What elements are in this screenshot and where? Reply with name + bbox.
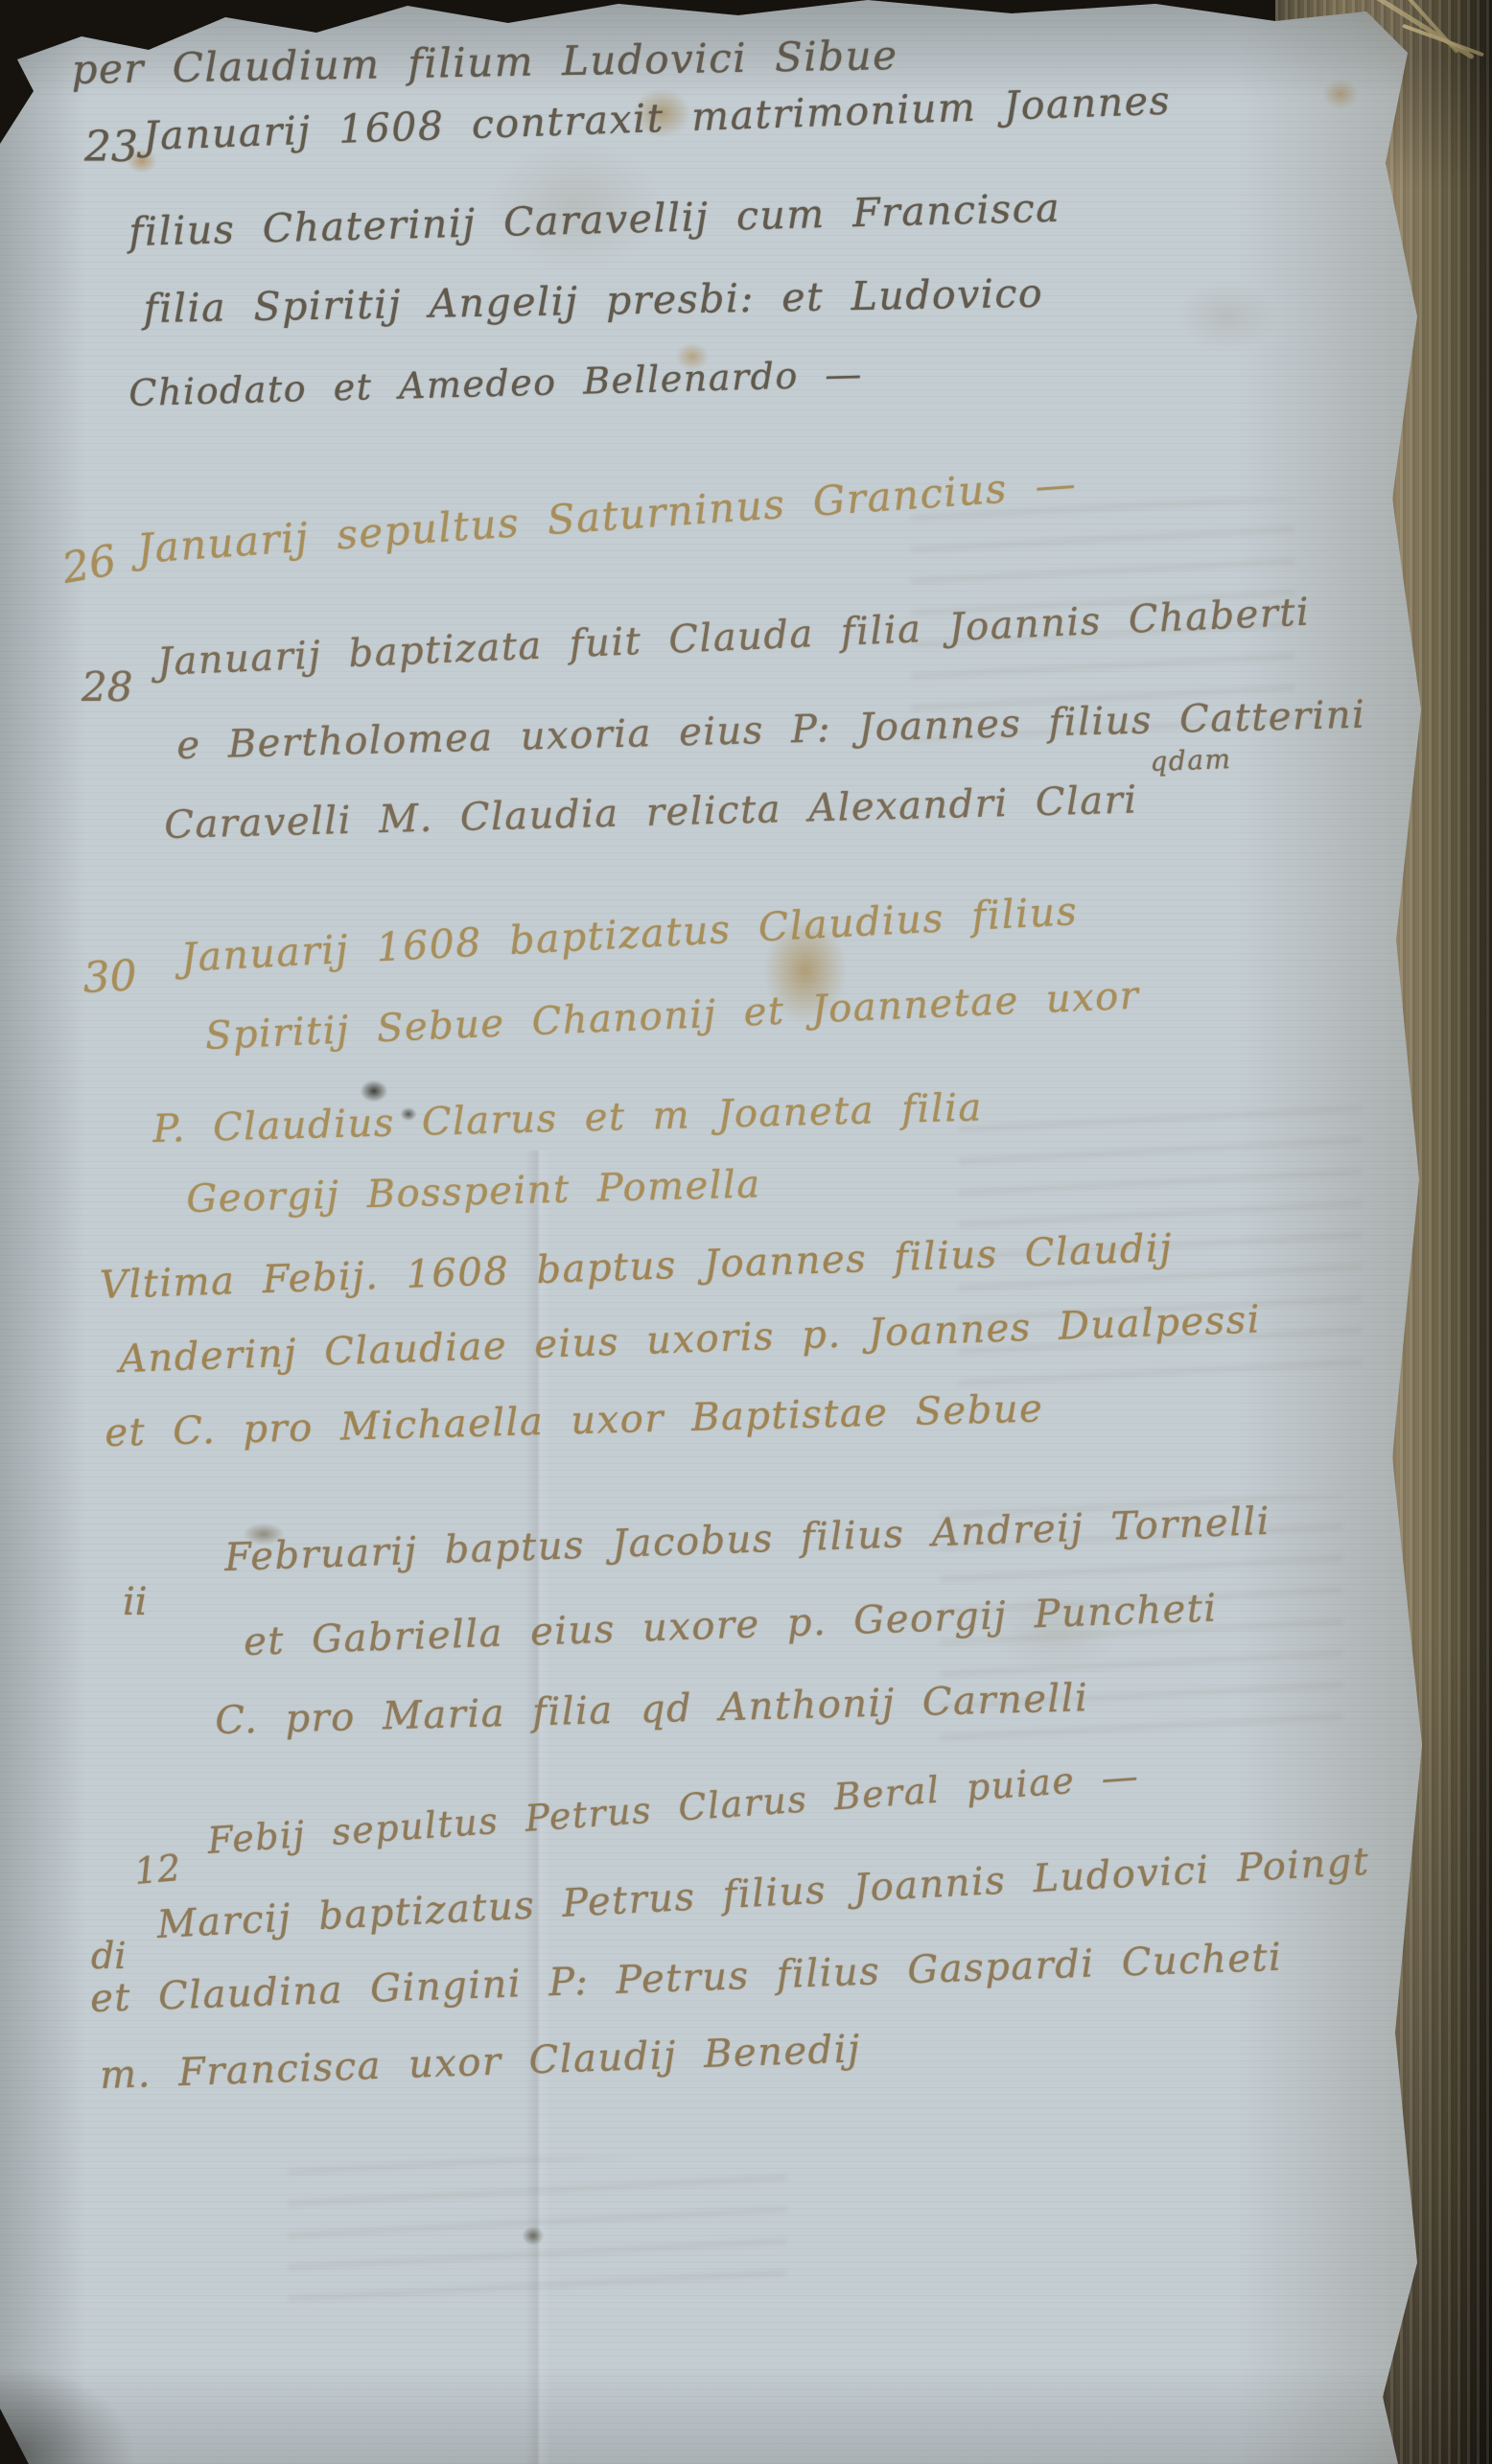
entry-day: di <box>91 1935 126 1977</box>
entry-day: 12 <box>132 1847 182 1893</box>
entry-day: 28 <box>82 663 132 710</box>
entry-day: ii <box>123 1580 148 1624</box>
verso-show-through <box>288 2157 786 2301</box>
interlinear-insertion: qdam <box>1150 743 1232 778</box>
entry-day: 23 <box>84 123 138 172</box>
entry-day: 30 <box>82 951 138 1003</box>
entry-day: 26 <box>58 536 120 593</box>
manuscript-photo: { "colors": { "background": "#16130e", "… <box>0 0 1492 2464</box>
